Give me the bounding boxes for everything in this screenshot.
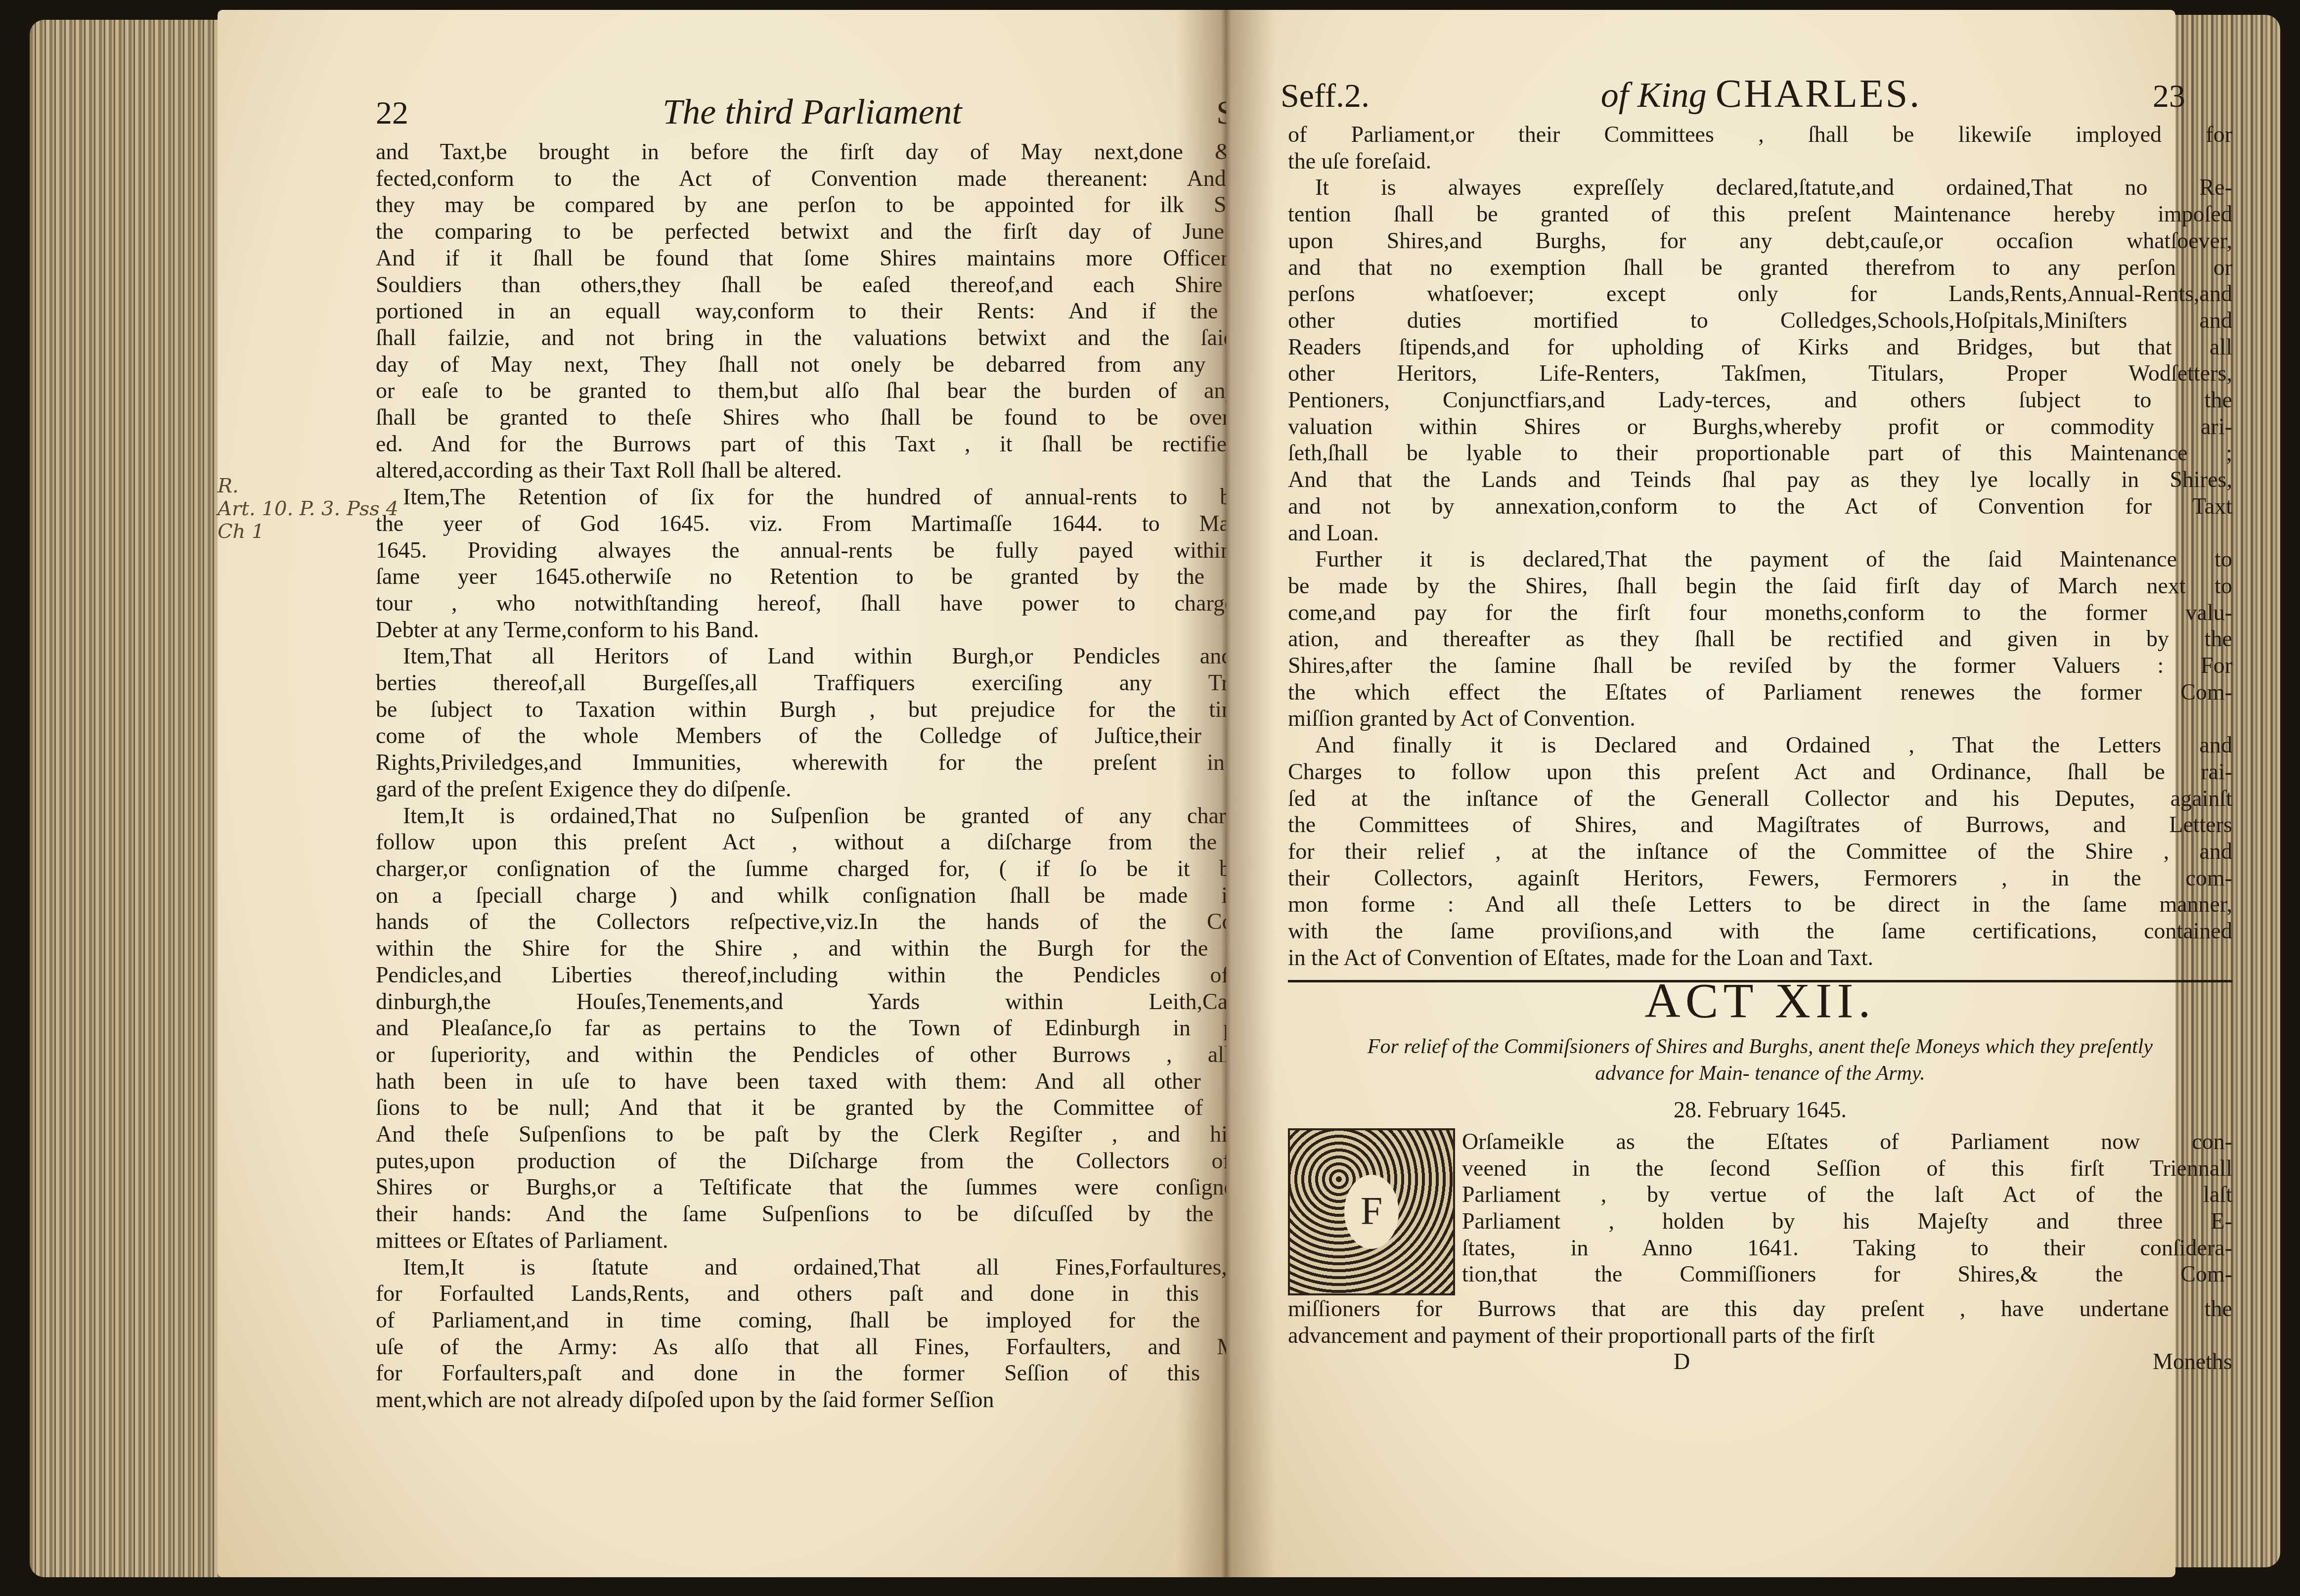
text-line: And that the Lands and Teinds ſhal pay a… bbox=[1288, 466, 2232, 493]
text-line: with the ſame proviſions,and with the ſa… bbox=[1288, 918, 2232, 944]
text-line: Readers ſtipends,and for upholding of Ki… bbox=[1288, 334, 2232, 360]
right-page: Seff.2. of King CHARLES. 23 of Parliamen… bbox=[1226, 10, 2175, 1577]
text-line: and Loan. bbox=[1288, 520, 2232, 546]
margin-note-line: R. bbox=[218, 475, 398, 497]
text-line: Item,It is ſtatute and ordained,That all… bbox=[376, 1254, 1300, 1281]
right-running-head: Seff.2. of King CHARLES. 23 bbox=[1281, 72, 2185, 117]
text-line: of Parliament,and in time coming, ſhall … bbox=[376, 1307, 1300, 1333]
text-line: Debter at any Terme,conform to his Band. bbox=[376, 617, 1300, 643]
act-body: F Orſameikle as the Eſtates of Parliamen… bbox=[1288, 1128, 2232, 1348]
text-line: It is alwayes expreſſely declared,ſtatut… bbox=[1288, 174, 2232, 201]
text-line: ment,which are not already diſpoſed upon… bbox=[376, 1386, 1300, 1413]
running-title-caps: CHARLES. bbox=[1716, 72, 1922, 116]
act-subtitle: For relief of the Commiſsioners of Shire… bbox=[1288, 1033, 2232, 1087]
text-before-act: of Parliament,or their Committees , ſhal… bbox=[1288, 121, 2232, 971]
text-line: fected,conform to the Act of Convention … bbox=[376, 165, 1300, 192]
text-line: uſe of the Army: As alſo that all Fines,… bbox=[376, 1333, 1300, 1360]
text-line: ſeth,ſhall be lyable to their proportion… bbox=[1288, 440, 2232, 466]
text-line: Pentioners, Conjunctfiars,and Lady-terce… bbox=[1288, 387, 2232, 413]
text-line: follow upon this preſent Act , without a… bbox=[376, 829, 1300, 855]
text-line: the comparing to be perfected betwixt an… bbox=[376, 218, 1300, 245]
text-line: ſions to be null; And that it be granted… bbox=[376, 1094, 1300, 1121]
text-line: Charges to follow upon this preſent Act … bbox=[1288, 758, 2232, 785]
text-line: in the Act of Convention of Eſtates, mad… bbox=[1288, 944, 2232, 971]
initial-letter: F bbox=[1344, 1175, 1399, 1249]
text-line: tour , who notwithſtanding hereof, ſhall… bbox=[376, 590, 1300, 617]
text-line: Item,That all Heritors of Land within Bu… bbox=[376, 643, 1300, 669]
text-line: Shires,after the ſamine ſhall be reviſed… bbox=[1288, 652, 2232, 679]
text-line: and that no exemption ſhall be granted t… bbox=[1288, 254, 2232, 281]
text-line: hath been in uſe to have been taxed with… bbox=[376, 1068, 1300, 1095]
act-date: 28. February 1645. bbox=[1288, 1097, 2232, 1123]
text-line: charger,or conſignation of the ſumme cha… bbox=[376, 855, 1300, 882]
page-footer: D Moneths bbox=[1288, 1348, 2232, 1375]
text-line: valuation within Shires or Burghs,whereb… bbox=[1288, 413, 2232, 440]
text-line: perſons whatſoever; except only for Land… bbox=[1288, 280, 2232, 307]
text-line: be made by the Shires, ſhall begin the ſ… bbox=[1288, 573, 2232, 599]
text-line: 1645. Providing alwayes the annual-rents… bbox=[376, 537, 1300, 564]
text-line: advancement and payment of their proport… bbox=[1288, 1322, 2232, 1349]
text-line: Souldiers than others,they ſhall be eaſe… bbox=[376, 271, 1300, 298]
text-line: or eaſe to be granted to them,but alſo ſ… bbox=[376, 377, 1300, 404]
text-line: day of May next, They ſhall not onely be… bbox=[376, 351, 1300, 378]
margin-note-line: Ch 1 bbox=[218, 520, 398, 543]
text-line: for Forfaulters,paſt and done in the for… bbox=[376, 1360, 1300, 1386]
text-line: putes,upon production of the Diſcharge f… bbox=[376, 1148, 1300, 1174]
text-line: gard of the preſent Exigence they do diſ… bbox=[376, 776, 1300, 802]
text-line: the Committees of Shires, and Magiſtrate… bbox=[1288, 811, 2232, 838]
text-line: and Pleaſance,ſo far as pertains to the … bbox=[376, 1015, 1300, 1041]
act-heading: ACT XII. bbox=[1288, 987, 2232, 1014]
text-line: and not by annexation,conform to the Act… bbox=[1288, 493, 2232, 520]
catchword: of bbox=[376, 1413, 1300, 1440]
text-line: be ſubject to Taxation within Burgh , bu… bbox=[376, 696, 1300, 723]
book-gutter-shadow bbox=[1177, 10, 1276, 1577]
text-line: on a ſpeciall charge ) and whilk conſign… bbox=[376, 882, 1300, 909]
handwritten-margin-note: R. Art. 10. P. 3. Pss 4 Ch 1 bbox=[218, 475, 398, 543]
text-line: other Heritors, Life-Renters, Takſmen, T… bbox=[1288, 360, 2232, 387]
text-line: come,and pay for the firſt four moneths,… bbox=[1288, 599, 2232, 626]
left-page: 22 The third Parliament Seff.2. and Taxt… bbox=[218, 10, 1226, 1577]
decorated-initial: F bbox=[1288, 1128, 1455, 1295]
act-text-after-initial: miſſioners for Burrows that are this day… bbox=[1288, 1295, 2232, 1348]
catchword: Moneths bbox=[2153, 1348, 2232, 1375]
text-line: altered,according as their Taxt Roll ſha… bbox=[376, 457, 1300, 484]
text-line: ation, and thereafter as they ſhall be r… bbox=[1288, 625, 2232, 652]
text-line: mittees or Eſtates of Parliament. bbox=[376, 1227, 1300, 1254]
running-title: The third Parliament bbox=[663, 91, 962, 133]
text-line: Further it is declared,That the payment … bbox=[1288, 546, 2232, 573]
text-line: their hands: And the ſame Suſpenſions to… bbox=[376, 1200, 1300, 1227]
text-line: for their relief , at the inſtance of th… bbox=[1288, 838, 2232, 865]
text-line: the yeer of God 1645. viz. From Martimaſ… bbox=[376, 510, 1300, 537]
left-body-text: and Taxt,be brought in before the firſt … bbox=[376, 138, 1300, 1439]
text-line: dinburgh,the Houſes,Tenements,and Yards … bbox=[376, 988, 1300, 1015]
text-line: ſhall be granted to theſe Shires who ſha… bbox=[376, 404, 1300, 431]
page-number: 22 bbox=[376, 94, 408, 132]
text-line: the which effect the Eſtates of Parliame… bbox=[1288, 679, 2232, 706]
running-title: of King CHARLES. bbox=[1601, 72, 1922, 117]
text-line: they may be compared by ane perſon to be… bbox=[376, 191, 1300, 218]
text-line: ſed at the inſtance of the Generall Coll… bbox=[1288, 785, 2232, 812]
text-line: Item,The Retention of ſix for the hundre… bbox=[376, 484, 1300, 510]
text-line: mon forme : And all theſe Letters to be … bbox=[1288, 891, 2232, 918]
text-line: Rights,Priviledges,and Immunities, where… bbox=[376, 749, 1300, 776]
text-line: other duties mortified to Colledges,Scho… bbox=[1288, 307, 2232, 334]
text-line: And theſe Suſpenſions to be paſt by the … bbox=[376, 1121, 1300, 1148]
text-line: come of the whole Members of the Colledg… bbox=[376, 722, 1300, 749]
text-line: and Taxt,be brought in before the firſt … bbox=[376, 138, 1300, 165]
session-label: Seff.2. bbox=[1281, 76, 1370, 115]
text-line: of Parliament,or their Committees , ſhal… bbox=[1288, 121, 2232, 148]
text-line: Shires or Burghs,or a Teſtificate that t… bbox=[376, 1174, 1300, 1200]
text-line: within the Shire for the Shire , and wit… bbox=[376, 935, 1300, 962]
text-line: Item,It is ordained,That no Suſpenſion b… bbox=[376, 802, 1300, 829]
text-line: miſſion granted by Act of Convention. bbox=[1288, 705, 2232, 732]
right-body-text: of Parliament,or their Committees , ſhal… bbox=[1288, 121, 2232, 1375]
text-line: And if it ſhall be found that ſome Shire… bbox=[376, 245, 1300, 271]
book-fore-edge-left bbox=[30, 20, 237, 1577]
text-line: hands of the Collectors reſpective,viz.I… bbox=[376, 908, 1300, 935]
text-line: ed. And for the Burrows part of this Tax… bbox=[376, 431, 1300, 457]
text-line: portioned in an equall way,conform to th… bbox=[376, 298, 1300, 324]
text-line: ſame yeer 1645.otherwiſe no Retention to… bbox=[376, 563, 1300, 590]
text-line: berties thereof,all Burgeſſes,all Traffi… bbox=[376, 669, 1300, 696]
margin-note-line: Art. 10. P. 3. Pss 4 bbox=[218, 497, 398, 520]
text-line: tention ſhall be granted of this preſent… bbox=[1288, 201, 2232, 227]
text-line: the uſe foreſaid. bbox=[1288, 148, 2232, 175]
text-line: Pendicles,and Liberties thereof,includin… bbox=[376, 962, 1300, 988]
text-line: And finally it is Declared and Ordained … bbox=[1288, 732, 2232, 758]
left-running-head: 22 The third Parliament Seff.2. bbox=[376, 91, 1305, 133]
text-line: ſhall failzie, and not bring in the valu… bbox=[376, 324, 1300, 351]
page-number: 23 bbox=[2153, 78, 2185, 115]
text-line: upon Shires,and Burghs, for any debt,cau… bbox=[1288, 227, 2232, 254]
signature-mark: D bbox=[1674, 1348, 1690, 1375]
text-line: their Collectors, againſt Heritors, Fewe… bbox=[1288, 865, 2232, 891]
running-title-prefix: of King bbox=[1601, 75, 1707, 115]
text-line: or ſuperiority, and within the Pendicles… bbox=[376, 1041, 1300, 1068]
text-line: for Forfaulted Lands,Rents, and others p… bbox=[376, 1280, 1300, 1307]
text-line: miſſioners for Burrows that are this day… bbox=[1288, 1295, 2232, 1322]
